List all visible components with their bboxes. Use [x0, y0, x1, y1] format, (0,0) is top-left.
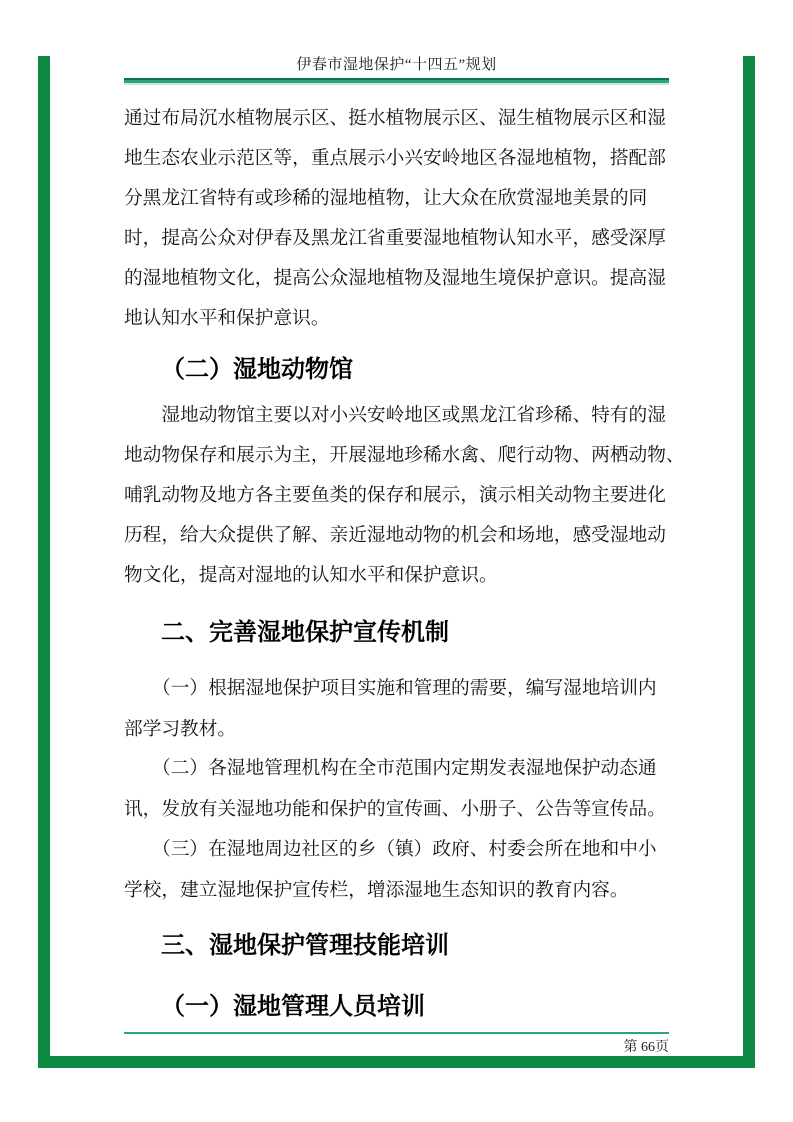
running-header-title: 伊春市湿地保护“十四五”规划 [124, 54, 669, 76]
paragraph-wetland-animals: 湿地动物馆主要以对小兴安岭地区或黑龙江省珍稀、特有的湿地动物保存和展示为主，开展… [124, 396, 669, 596]
footer-rule [124, 1032, 669, 1034]
text-line: 地动物保存和展示为主，开展湿地珍稀水禽、爬行动物、两栖动物、 [124, 436, 669, 476]
text-line: 历程，给大众提供了解、亲近湿地动物的机会和场地，感受湿地动 [124, 516, 669, 556]
header-rule [124, 78, 669, 85]
text-line: 物文化，提高对湿地的认知水平和保护意识。 [124, 556, 669, 596]
text-line: 地认知水平和保护意识。 [124, 299, 669, 339]
text-line: 的湿地植物文化，提高公众湿地植物及湿地生境保护意识。提高湿 [124, 259, 669, 299]
page-border-right [743, 56, 755, 1068]
page-border-left [38, 56, 50, 1068]
text-line: 部学习教材。 [124, 709, 669, 750]
heading-wetland-animal-hall: （二）湿地动物馆 [124, 350, 706, 390]
page-number: 第 66页 [124, 1038, 669, 1058]
paragraph-wetland-plants: 通过布局沉水植物展示区、挺水植物展示区、湿生植物展示区和湿地生态农业示范区等，重… [124, 99, 669, 339]
text-line: 湿地动物馆主要以对小兴安岭地区或黑龙江省珍稀、特有的湿 [124, 396, 669, 436]
text-line: 时，提高公众对伊春及黑龙江省重要湿地植物认知水平，感受深厚 [124, 219, 669, 259]
text-line: 学校，建立湿地保护宣传栏，增添湿地生态知识的教育内容。 [124, 870, 669, 911]
text-line: 讯，发放有关湿地功能和保护的宣传画、小册子、公告等宣传品。 [124, 789, 669, 830]
text-line: （一）根据湿地保护项目实施和管理的需要，编写湿地培训内 [124, 668, 669, 709]
heading-publicity-mechanism: 二、完善湿地保护宣传机制 [124, 613, 706, 653]
text-line: 地生态农业示范区等，重点展示小兴安岭地区各湿地植物，搭配部 [124, 139, 669, 179]
text-line: （二）各湿地管理机构在全市范围内定期发表湿地保护动态通 [124, 748, 669, 789]
heading-manager-training: （一）湿地管理人员培训 [124, 987, 706, 1027]
paragraph-publicity-newsletter: （二）各湿地管理机构在全市范围内定期发表湿地保护动态通讯，发放有关湿地功能和保护… [124, 748, 669, 830]
text-line: （三）在湿地周边社区的乡（镇）政府、村委会所在地和中小 [124, 829, 669, 870]
heading-management-skill-training: 三、湿地保护管理技能培训 [124, 926, 706, 966]
text-line: 分黑龙江省特有或珍稀的湿地植物，让大众在欣赏湿地美景的同 [124, 179, 669, 219]
paragraph-training-material: （一）根据湿地保护项目实施和管理的需要，编写湿地培训内部学习教材。 [124, 668, 669, 750]
text-line: 通过布局沉水植物展示区、挺水植物展示区、湿生植物展示区和湿 [124, 99, 669, 139]
document-page: 伊春市湿地保护“十四五”规划 通过布局沉水植物展示区、挺水植物展示区、湿生植物展… [0, 0, 793, 1122]
text-line: 哺乳动物及地方各主要鱼类的保存和展示，演示相关动物主要进化 [124, 476, 669, 516]
paragraph-community-education: （三）在湿地周边社区的乡（镇）政府、村委会所在地和中小学校，建立湿地保护宣传栏，… [124, 829, 669, 911]
